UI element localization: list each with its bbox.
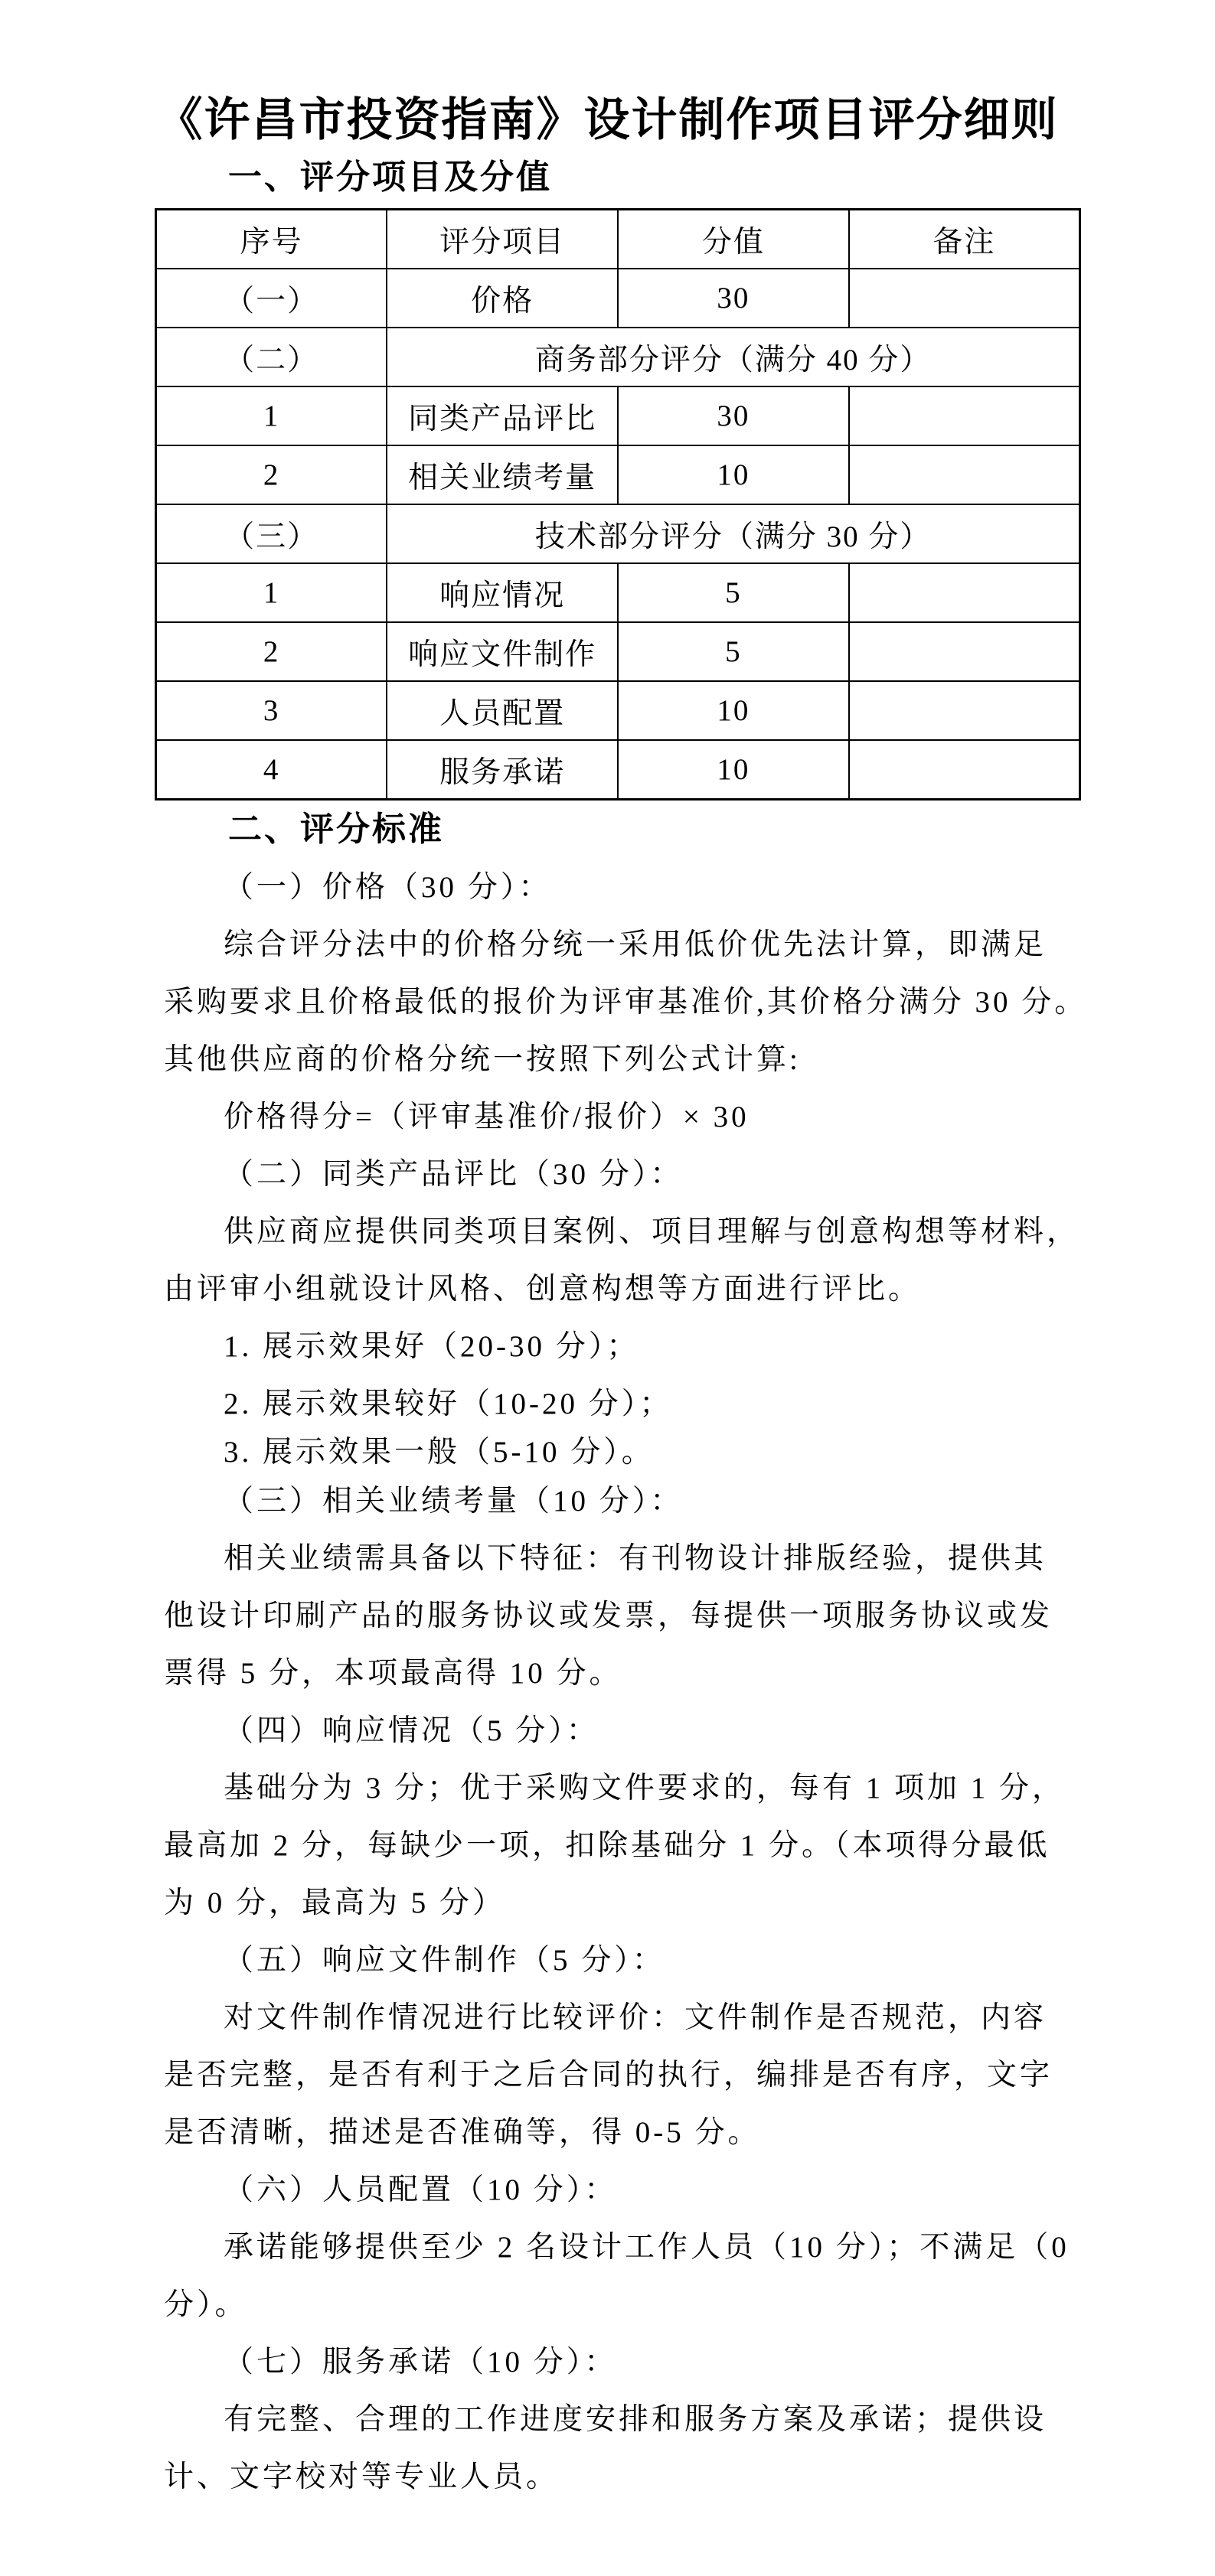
text-line: 票得 5 分，本项最高得 10 分。 <box>164 1645 1075 1702</box>
score-cell: 30 <box>618 269 849 328</box>
text-line: 承诺能够提供至少 2 名设计工作人员（10 分）；不满足（0 <box>164 2219 1075 2276</box>
merged-item-cell: 商务部分评分（满分 40 分） <box>387 328 1079 386</box>
text-line: （六）人员配置（10 分）： <box>164 2161 1075 2219</box>
item-cell: 服务承诺 <box>387 740 618 800</box>
text-line: 最高加 2 分，每缺少一项，扣除基础分 1 分。（本项得分最低 <box>164 1817 1075 1874</box>
text-line: 分）。 <box>164 2276 1075 2333</box>
score-cell: 5 <box>618 563 849 622</box>
row-number-cell: 1 <box>156 563 387 622</box>
table-row: 1同类产品评比30 <box>156 386 1080 445</box>
text-line: 基础分为 3 分；优于采购文件要求的，每有 1 项加 1 分， <box>164 1759 1075 1817</box>
note-cell <box>849 681 1080 740</box>
note-cell <box>849 445 1080 504</box>
row-number-cell: 2 <box>156 622 387 681</box>
text-line: 2. 展示效果较好（10-20 分）； <box>164 1375 1075 1433</box>
text-line: 采购要求且价格最低的报价为评审基准价,其价格分满分 30 分。 <box>164 973 1075 1031</box>
table-row: 4服务承诺10 <box>156 740 1080 800</box>
text-line: （二）同类产品评比（30 分）： <box>164 1146 1075 1203</box>
text-line: 1. 展示效果好（20-30 分）； <box>164 1318 1075 1375</box>
text-line: （七）服务承诺（10 分）： <box>164 2333 1075 2391</box>
row-number-cell: （三） <box>156 504 387 563</box>
item-cell: 响应情况 <box>387 563 618 622</box>
table-row: （三）技术部分评分（满分 30 分） <box>156 504 1080 563</box>
table-row: （一）价格30 <box>156 269 1080 328</box>
text-line: 供应商应提供同类项目案例、项目理解与创意构想等材料， <box>164 1203 1075 1260</box>
row-number-cell: 3 <box>156 681 387 740</box>
row-number-cell: （二） <box>156 328 387 386</box>
document-page: 《许昌市投资指南》设计制作项目评分细则 一、评分项目及分值 序号评分项目分值备注… <box>0 0 1215 2576</box>
note-cell <box>849 269 1080 328</box>
text-line: 对文件制作情况进行比较评价：文件制作是否规范，内容 <box>164 1989 1075 2046</box>
scoring-table: 序号评分项目分值备注（一）价格30（二）商务部分评分（满分 40 分）1同类产品… <box>155 208 1081 801</box>
row-number-cell: （一） <box>156 269 387 328</box>
table-row: 2响应文件制作5 <box>156 622 1080 681</box>
score-cell: 10 <box>618 445 849 504</box>
column-header: 备注 <box>849 210 1080 269</box>
text-line: （五）响应文件制作（5 分）： <box>164 1932 1075 1989</box>
text-line: 是否完整，是否有利于之后合同的执行，编排是否有序，文字 <box>164 2046 1075 2104</box>
column-header: 分值 <box>618 210 849 269</box>
score-cell: 30 <box>618 386 849 445</box>
row-number-cell: 1 <box>156 386 387 445</box>
text-line: （四）响应情况（5 分）： <box>164 1702 1075 1759</box>
text-line: 价格得分=（评审基准价/报价）× 30 <box>164 1088 1075 1146</box>
note-cell <box>849 622 1080 681</box>
table-row: 2相关业绩考量10 <box>156 445 1080 504</box>
text-line: 3. 展示效果一般（5-10 分）。 <box>164 1433 1075 1472</box>
text-line: （三）相关业绩考量（10 分）： <box>164 1472 1075 1530</box>
text-line: 其他供应商的价格分统一按照下列公式计算: <box>164 1031 1075 1088</box>
text-line: （一）价格（30 分）： <box>164 859 1075 916</box>
row-number-cell: 2 <box>156 445 387 504</box>
score-cell: 5 <box>618 622 849 681</box>
note-cell <box>849 740 1080 800</box>
merged-item-cell: 技术部分评分（满分 30 分） <box>387 504 1079 563</box>
row-number-cell: 4 <box>156 740 387 800</box>
item-cell: 价格 <box>387 269 618 328</box>
scoring-criteria-text: （一）价格（30 分）：综合评分法中的价格分统一采用低价优先法计算，即满足采购要… <box>164 859 1075 2506</box>
text-line: 有完整、合理的工作进度安排和服务方案及承诺；提供设 <box>164 2391 1075 2448</box>
table-header-row: 序号评分项目分值备注 <box>156 210 1080 269</box>
table-row: 3人员配置10 <box>156 681 1080 740</box>
item-cell: 同类产品评比 <box>387 386 618 445</box>
section1-heading: 一、评分项目及分值 <box>228 158 1215 197</box>
text-line: 为 0 分，最高为 5 分） <box>164 1874 1075 1932</box>
score-cell: 10 <box>618 740 849 800</box>
item-cell: 人员配置 <box>387 681 618 740</box>
column-header: 评分项目 <box>387 210 618 269</box>
note-cell <box>849 386 1080 445</box>
item-cell: 相关业绩考量 <box>387 445 618 504</box>
score-cell: 10 <box>618 681 849 740</box>
text-line: 相关业绩需具备以下特征：有刊物设计排版经验，提供其 <box>164 1530 1075 1587</box>
table-row: （二）商务部分评分（满分 40 分） <box>156 328 1080 386</box>
text-line: 他设计印刷产品的服务协议或发票，每提供一项服务协议或发 <box>164 1587 1075 1645</box>
note-cell <box>849 563 1080 622</box>
document-title: 《许昌市投资指南》设计制作项目评分细则 <box>0 0 1215 150</box>
item-cell: 响应文件制作 <box>387 622 618 681</box>
text-line: 是否清晰，描述是否准确等，得 0-5 分。 <box>164 2104 1075 2161</box>
table-row: 1响应情况5 <box>156 563 1080 622</box>
column-header: 序号 <box>156 210 387 269</box>
scoring-table-body: 序号评分项目分值备注（一）价格30（二）商务部分评分（满分 40 分）1同类产品… <box>156 210 1080 800</box>
text-line: 综合评分法中的价格分统一采用低价优先法计算，即满足 <box>164 916 1075 973</box>
section2-heading: 二、评分标准 <box>228 801 1215 859</box>
text-line: 由评审小组就设计风格、创意构想等方面进行评比。 <box>164 1260 1075 1318</box>
text-line: 计、文字校对等专业人员。 <box>164 2448 1075 2506</box>
